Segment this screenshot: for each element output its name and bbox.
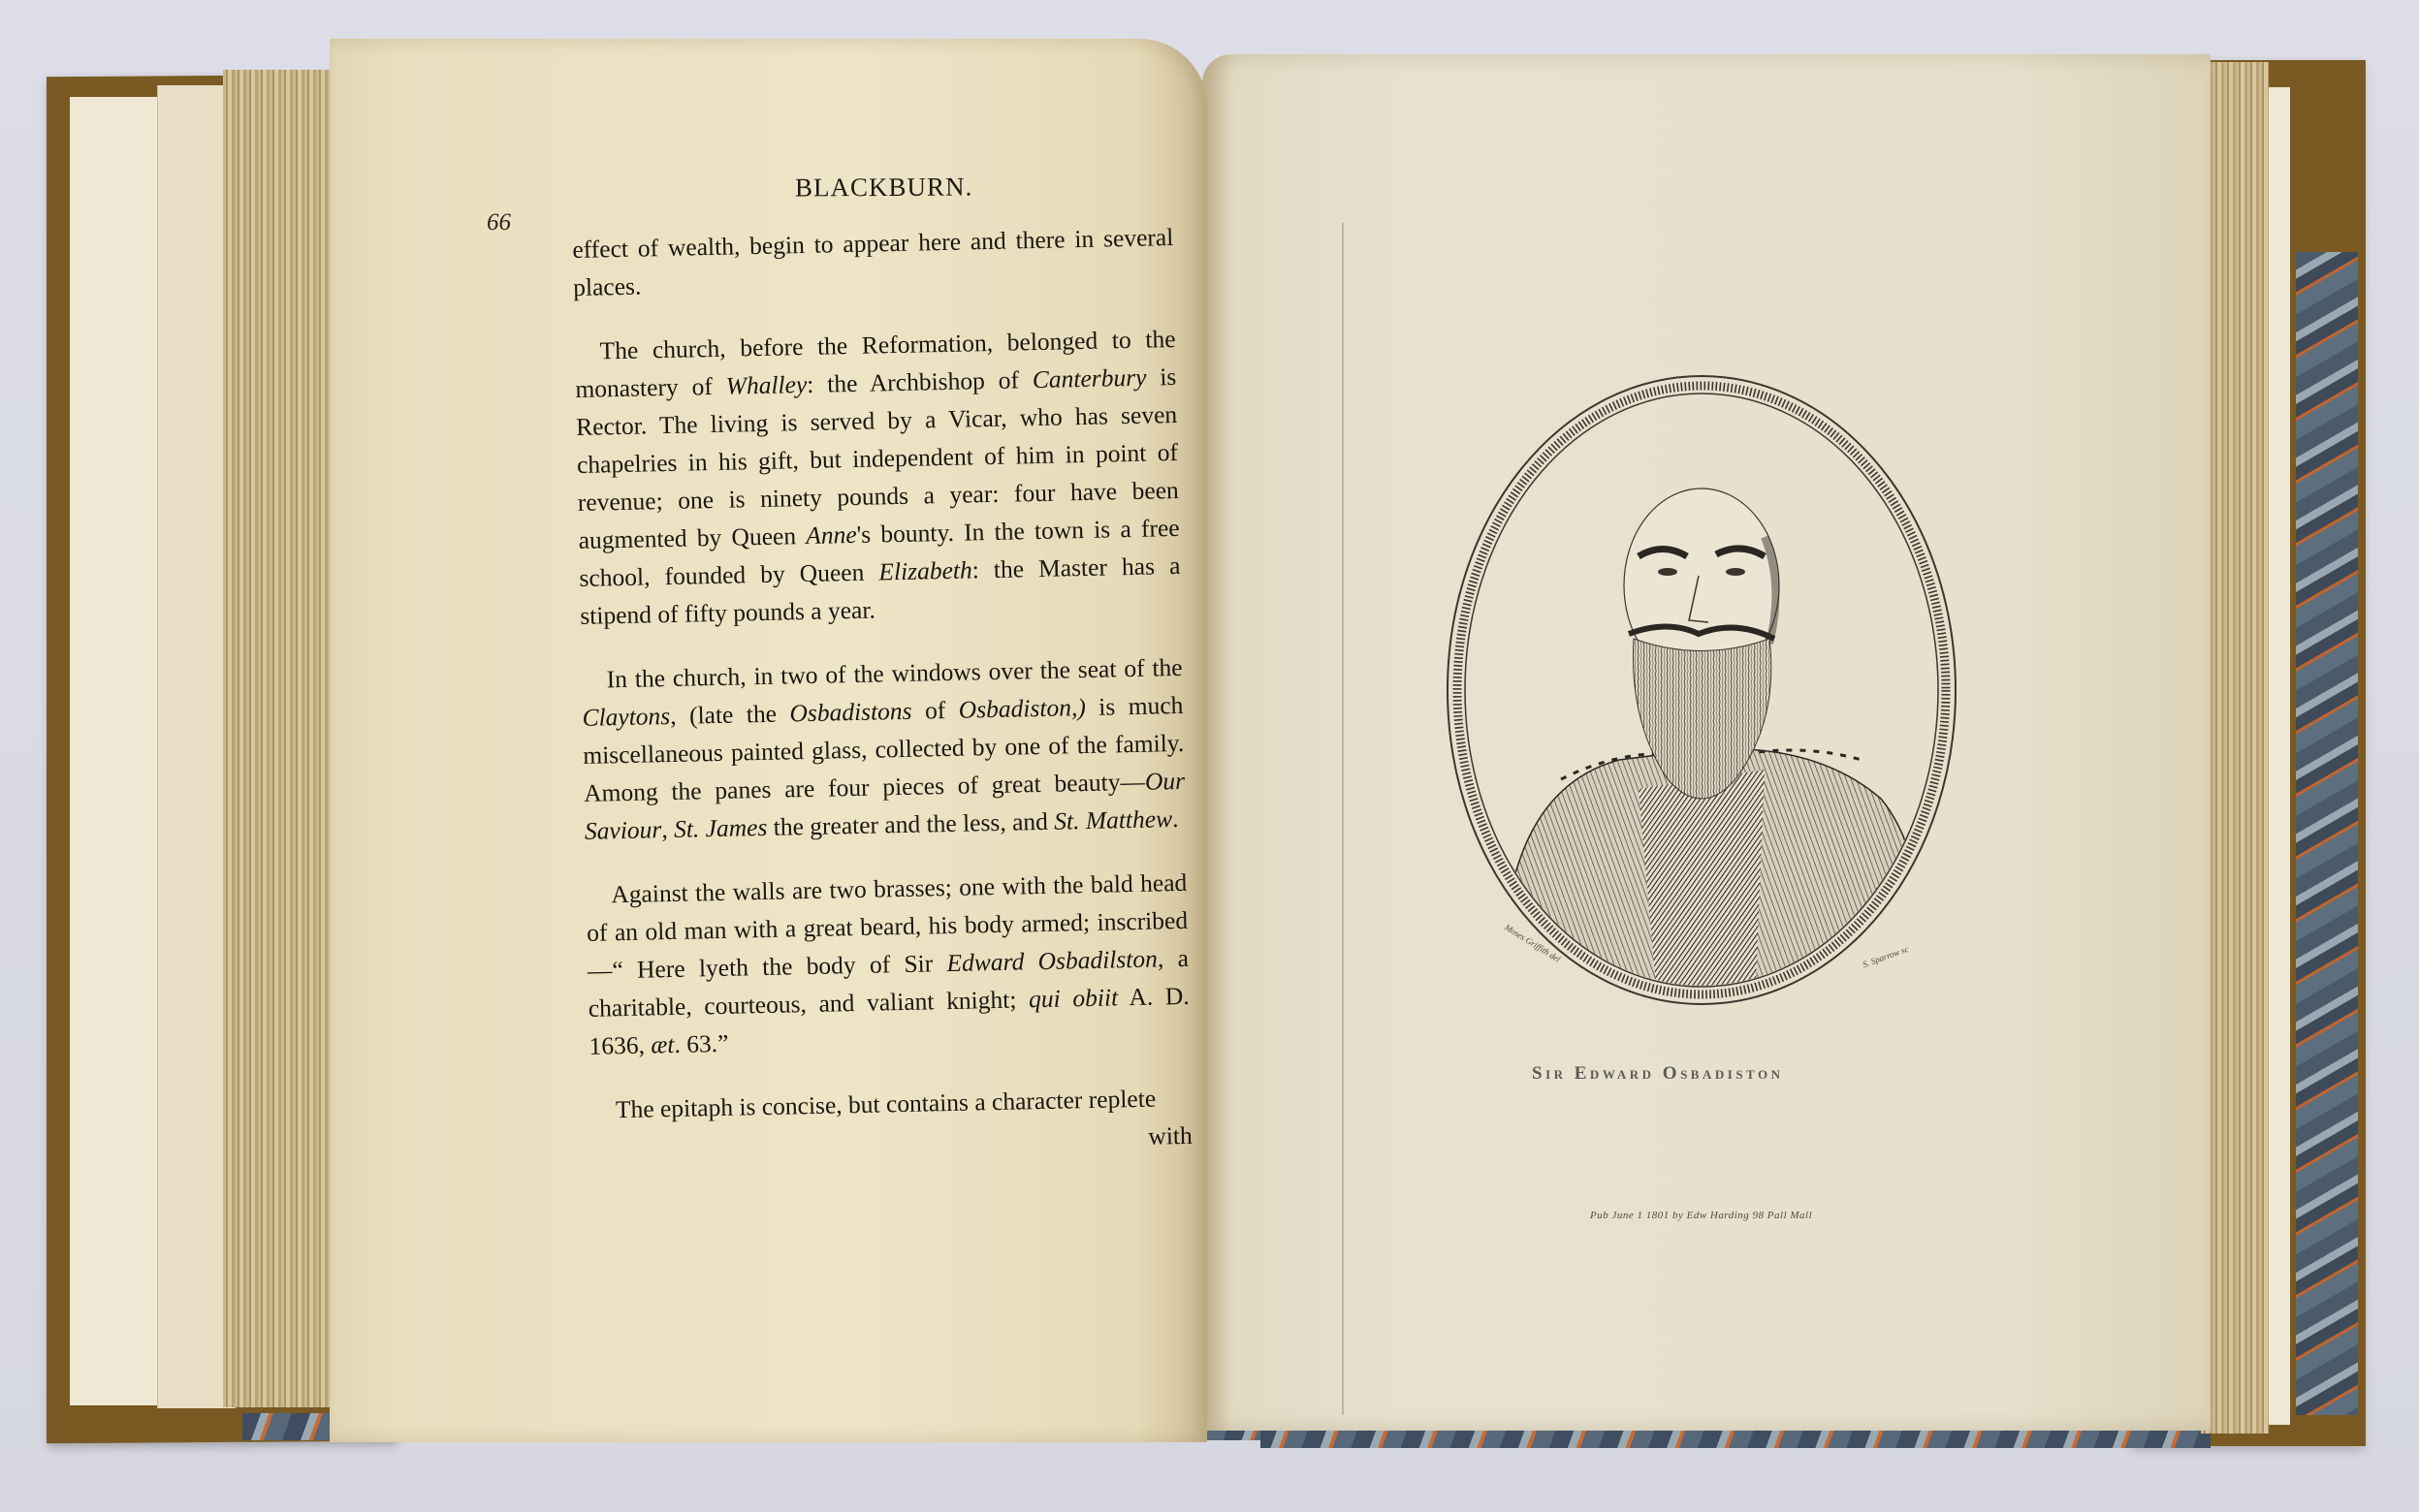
- paragraph: The church, before the Reformation, belo…: [574, 320, 1181, 635]
- paragraph: effect of wealth, begin to appear here a…: [572, 218, 1174, 306]
- running-head: BLACKBURN.: [795, 173, 972, 204]
- paragraph: Against the walls are two brasses; one w…: [586, 864, 1191, 1065]
- page-stack-left: [223, 70, 339, 1407]
- publication-imprint: Pub June 1 1801 by Edw Harding 98 Pall M…: [1590, 1210, 1812, 1221]
- plate-mark: [1342, 223, 1344, 1415]
- page-number: 66: [487, 209, 511, 236]
- body-text: effect of wealth, begin to appear here a…: [572, 218, 1193, 1167]
- portrait-engraving: [1445, 372, 1958, 1008]
- paragraph: In the church, in two of the windows ove…: [581, 648, 1186, 850]
- marbled-board-right: [2296, 252, 2358, 1415]
- plate-caption: Sir Edward Osbadiston: [1532, 1063, 1783, 1085]
- page-stack-right: [2201, 62, 2269, 1433]
